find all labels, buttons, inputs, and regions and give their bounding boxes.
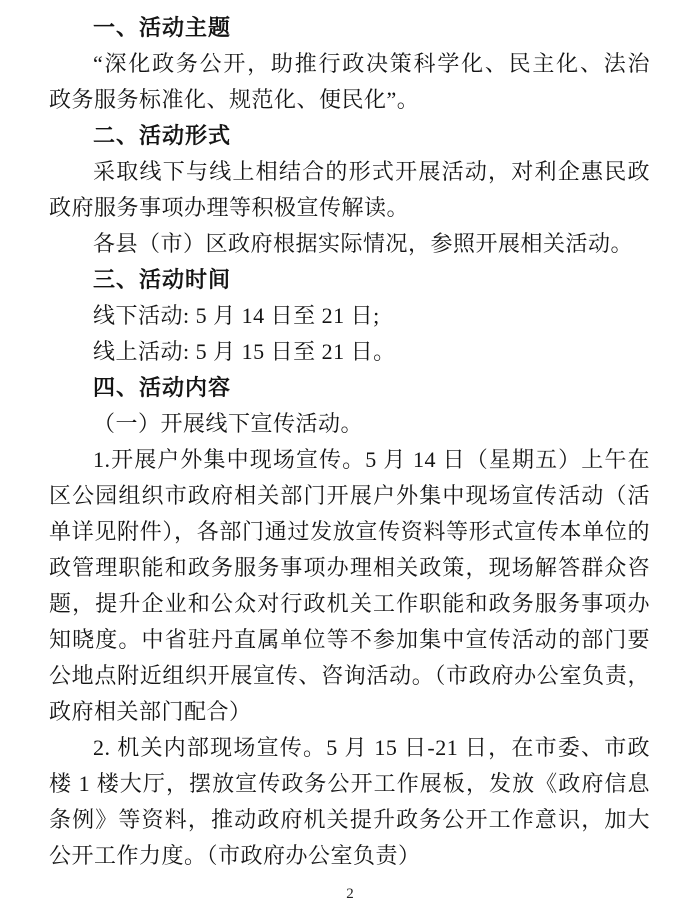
section-heading: 四、活动内容 (49, 370, 650, 406)
text-line: 线下活动: 5 月 14 日至 21 日; (49, 298, 650, 334)
text-line: 采取线下与线上相结合的形式开展活动，对利企惠民政策、 (49, 154, 650, 190)
text-line: 政府相关部门配合） (49, 694, 650, 730)
section-heading: 二、活动形式 (49, 118, 650, 154)
text-line: （一）开展线下宣传活动。 (49, 406, 650, 442)
text-line: 知晓度。中省驻丹直属单位等不参加集中宣传活动的部门要在办 (49, 622, 650, 658)
text-line: 1.开展户外集中现场宣传。5 月 14 日（星期五）上午在元宝 (49, 442, 650, 478)
text-line: 政管理职能和政务服务事项办理相关政策，现场解答群众咨询问 (49, 550, 650, 586)
text-line: 各县（市）区政府根据实际情况，参照开展相关活动。 (49, 226, 650, 262)
text-line: 题，提升企业和公众对行政机关工作职能和政务服务事项办理的 (49, 586, 650, 622)
text-line: 区公园组织市政府相关部门开展户外集中现场宣传活动（活动名 (49, 478, 650, 514)
text-line: 条例》等资料，推动政府机关提升政务公开工作意识，加大政务 (49, 802, 650, 838)
text-line: 线上活动: 5 月 15 日至 21 日。 (49, 334, 650, 370)
text-line: 2. 机关内部现场宣传。5 月 15 日-21 日，在市委、市政府大 (49, 730, 650, 766)
text-line: 单详见附件），各部门通过发放宣传资料等形式宣传本单位的行 (49, 514, 650, 550)
page-number: 2 (0, 882, 700, 906)
text-line: 楼 1 楼大厅，摆放宣传政务公开工作展板，发放《政府信息公开 (49, 766, 650, 802)
text-line: 政府服务事项办理等积极宣传解读。 (49, 190, 650, 226)
section-heading: 一、活动主题 (49, 10, 650, 46)
document-page: 一、活动主题“深化政务公开，助推行政决策科学化、民主化、法治化，政务服务标准化、… (0, 0, 700, 918)
section-heading: 三、活动时间 (49, 262, 650, 298)
text-line: 政务服务标准化、规范化、便民化”。 (49, 82, 650, 118)
text-line: 公地点附近组织开展宣传、咨询活动。（市政府办公室负责，市 (49, 658, 650, 694)
text-line: “深化政务公开，助推行政决策科学化、民主化、法治化， (49, 46, 650, 82)
text-line: 公开工作力度。（市政府办公室负责） (49, 838, 650, 874)
document-body: 一、活动主题“深化政务公开，助推行政决策科学化、民主化、法治化，政务服务标准化、… (49, 10, 650, 874)
